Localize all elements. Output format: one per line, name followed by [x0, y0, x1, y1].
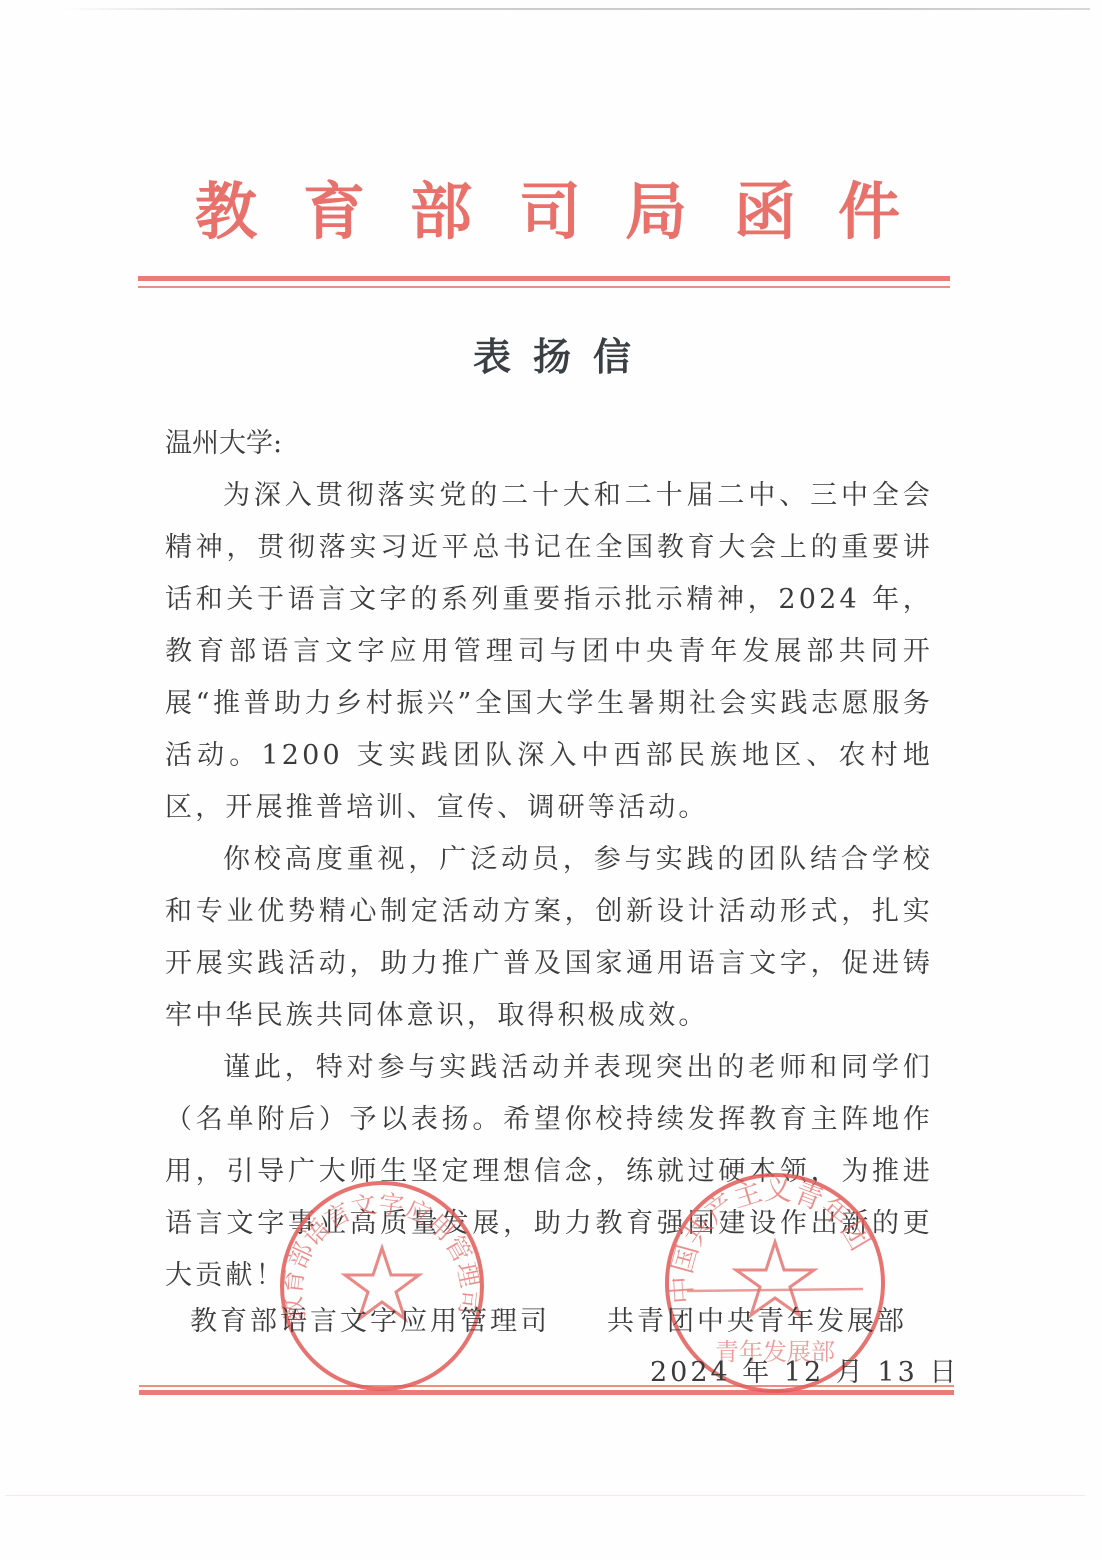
- masthead-char: 函: [734, 172, 796, 252]
- masthead: 教 育 部 司 局 函 件: [138, 172, 950, 252]
- signatory-cyl: 共青团中央青年发展部: [607, 1296, 907, 1348]
- scan-edge-bottom: [5, 1495, 1085, 1496]
- paragraph: 你校高度重视，广泛动员，参与实践的团队结合学校和专业优势精心制定活动方案，创新设…: [165, 834, 933, 1042]
- signatory-moe: 教育部语言文字应用管理司: [190, 1296, 550, 1348]
- document-title: 表扬信: [0, 330, 1102, 384]
- masthead-char: 局: [625, 172, 687, 252]
- header-rule-thin: [138, 286, 950, 288]
- issue-date: 2024 年 12 月 13 日: [650, 1347, 959, 1399]
- official-seal-icon: 教育部语言文字应用管理司: [276, 1180, 488, 1392]
- svg-text:中国共产主义青年团: 中国共产主义青年团: [665, 1173, 877, 1305]
- scan-edge-top: [60, 8, 1090, 10]
- masthead-char: 教: [195, 172, 257, 252]
- masthead-char: 件: [838, 172, 900, 252]
- salutation: 温州大学:: [165, 418, 282, 470]
- paragraph: 为深入贯彻落实党的二十大和二十届二中、三中全会精神，贯彻落实习近平总书记在全国教…: [165, 470, 933, 834]
- masthead-char: 部: [410, 172, 472, 252]
- header-rule-thick: [138, 276, 950, 281]
- masthead-char: 育: [303, 172, 365, 252]
- masthead-char: 司: [519, 172, 581, 252]
